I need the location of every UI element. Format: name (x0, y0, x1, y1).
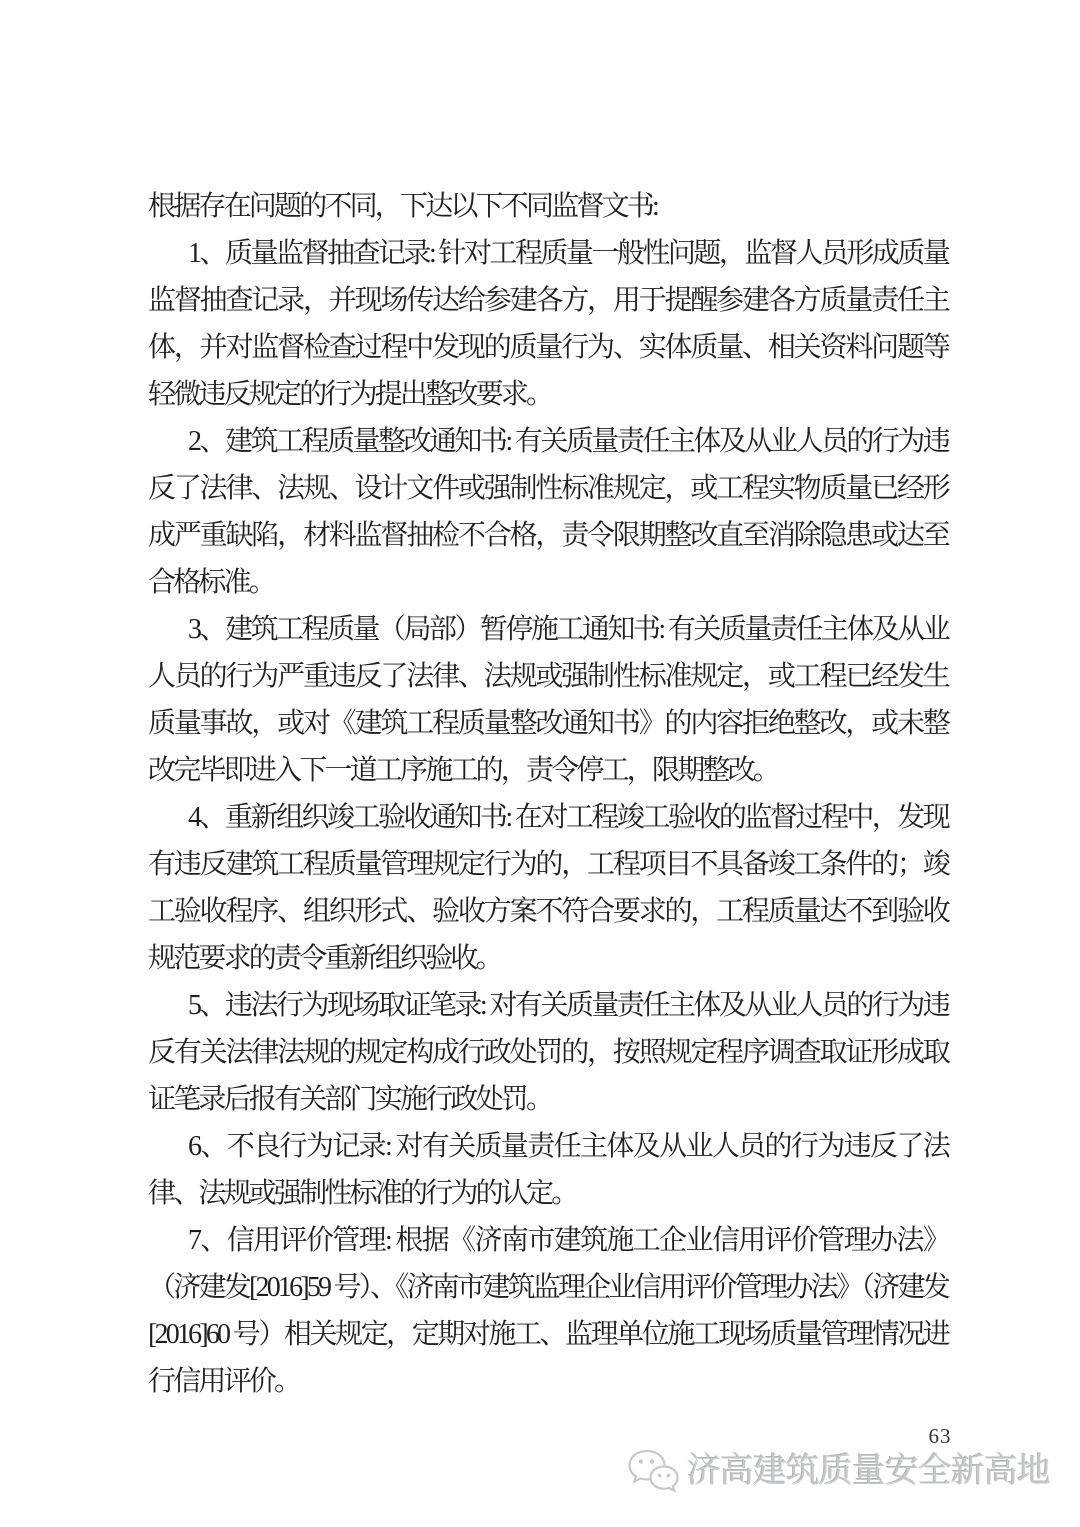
wechat-icon (626, 1448, 680, 1496)
paragraph-item-3: 3、建筑工程质量（局部）暂停施工通知书: 有关质量责任主体及从业人员的行为严重违… (148, 606, 948, 794)
watermark-text: 济高建筑质量安全新高地 (687, 1448, 1050, 1496)
page-number: 63 (920, 1424, 960, 1449)
document-body: 根据存在问题的不同，下达以下不同监督文书: 1、质量监督抽查记录: 针对工程质量… (148, 183, 948, 1405)
paragraph-item-1: 1、质量监督抽查记录: 针对工程质量一般性问题，监督人员形成质量监督抽查记录，并… (148, 230, 948, 418)
paragraph-item-7: 7、信用评价管理: 根据《济南市建筑施工企业信用评价管理办法》（济建发[2016… (148, 1217, 948, 1405)
paragraph-item-6: 6、不良行为记录: 对有关质量责任主体及从业人员的行为违反了法律、法规或强制性标… (148, 1123, 948, 1217)
document-page: 根据存在问题的不同，下达以下不同监督文书: 1、质量监督抽查记录: 针对工程质量… (0, 0, 1080, 1527)
watermark: 济高建筑质量安全新高地 (626, 1448, 1050, 1496)
paragraph-intro: 根据存在问题的不同，下达以下不同监督文书: (148, 183, 948, 230)
paragraph-item-5: 5、违法行为现场取证笔录: 对有关质量责任主体及从业人员的行为违反有关法律法规的… (148, 982, 948, 1123)
paragraph-item-2: 2、建筑工程质量整改通知书: 有关质量责任主体及从业人员的行为违反了法律、法规、… (148, 418, 948, 606)
paragraph-item-4: 4、重新组织竣工验收通知书: 在对工程竣工验收的监督过程中，发现有违反建筑工程质… (148, 794, 948, 982)
